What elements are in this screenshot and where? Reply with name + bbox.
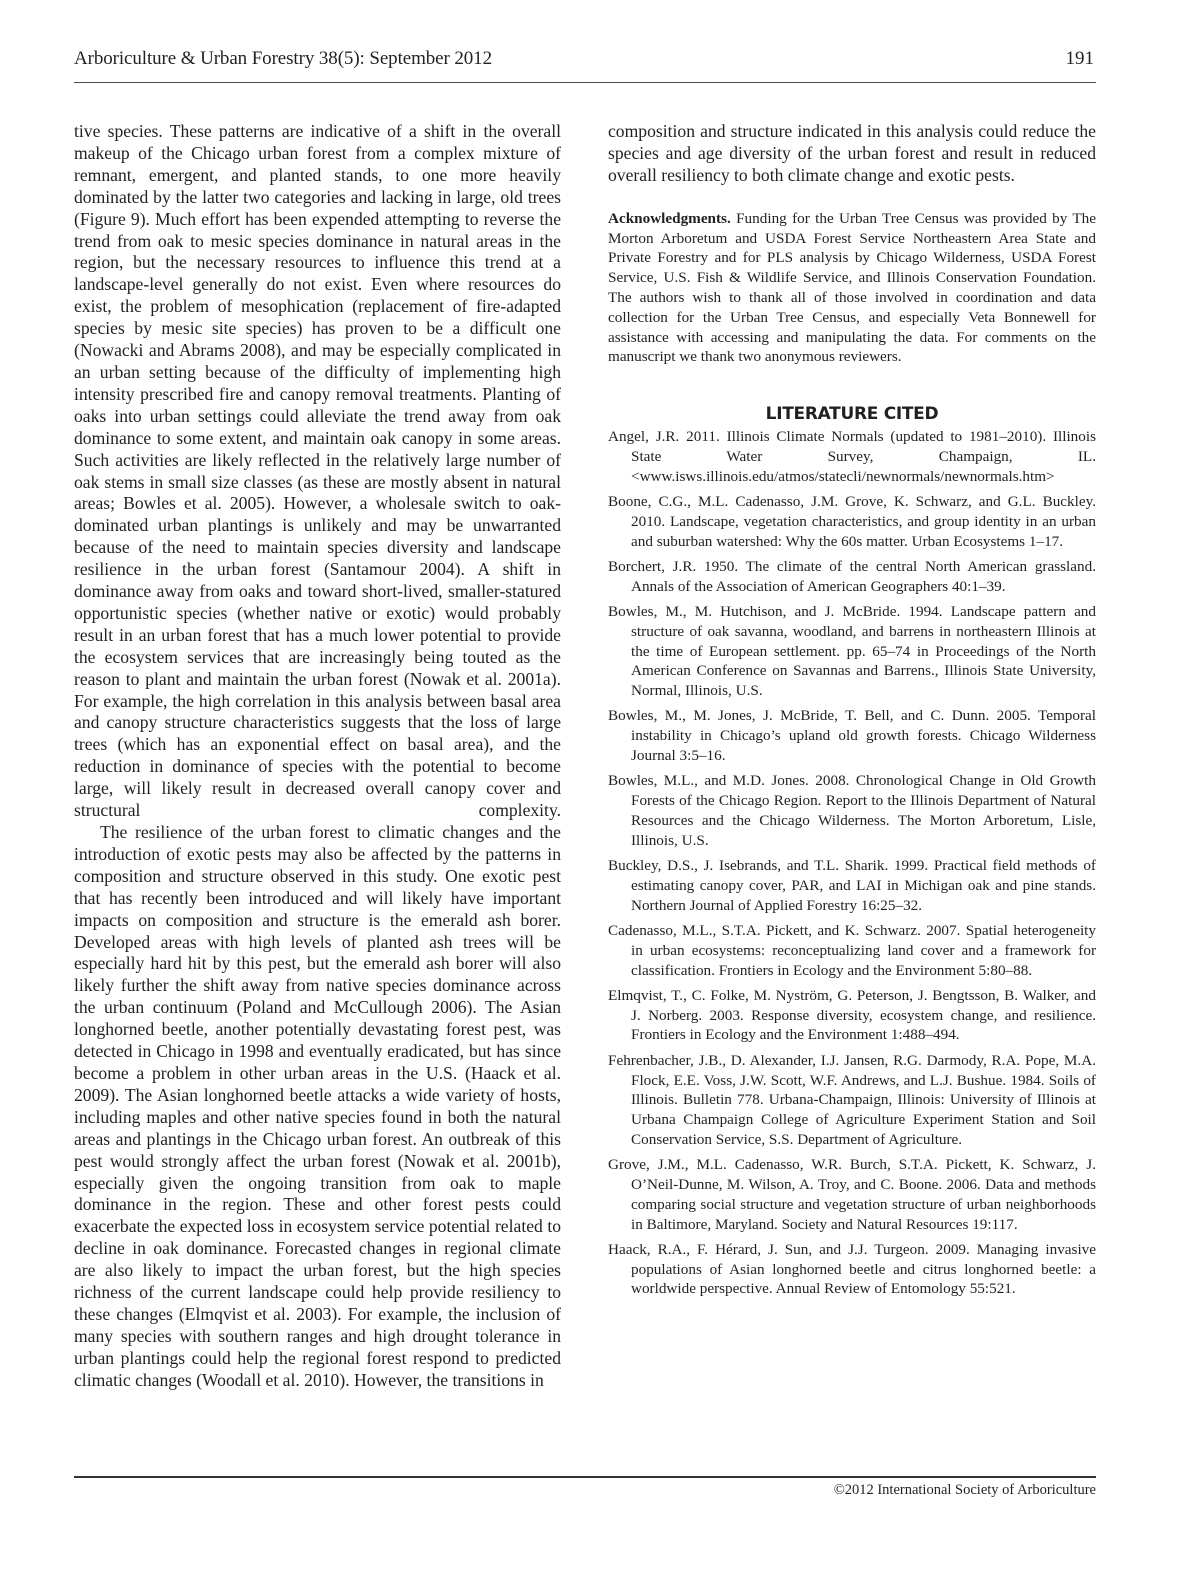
reference-bowles-2008: Bowles, M.L., and M.D. Jones. 2008. Chro…	[608, 771, 1096, 850]
body-paragraph: The resilience of the urban forest to cl…	[74, 822, 561, 1392]
reference-list: Angel, J.R. 2011. Illinois Climate Norma…	[608, 427, 1096, 1299]
body-paragraph-continuation: composition and structure indicated in t…	[608, 121, 1096, 187]
journal-title: Arboriculture & Urban Forestry 38(5): Se…	[74, 46, 492, 72]
acknowledgments-label: Acknowledgments.	[608, 210, 731, 227]
reference-boone-2010: Boone, C.G., M.L. Cadenasso, J.M. Grove,…	[608, 492, 1096, 551]
acknowledgments: Acknowledgments. Funding for the Urban T…	[608, 209, 1096, 367]
header-rule	[74, 82, 1096, 83]
footer-rule	[74, 1476, 1096, 1478]
left-column: tive species. These patterns are indicat…	[74, 121, 561, 1392]
reference-haack-2009: Haack, R.A., F. Hérard, J. Sun, and J.J.…	[608, 1240, 1096, 1299]
reference-buckley-1999: Buckley, D.S., J. Isebrands, and T.L. Sh…	[608, 856, 1096, 915]
copyright-footer: ©2012 International Society of Arboricul…	[834, 1480, 1096, 1500]
body-paragraph: tive species. These patterns are indicat…	[74, 121, 561, 822]
reference-bowles-2005: Bowles, M., M. Jones, J. McBride, T. Bel…	[608, 706, 1096, 765]
reference-angel-2011: Angel, J.R. 2011. Illinois Climate Norma…	[608, 427, 1096, 486]
reference-elmqvist-2003: Elmqvist, T., C. Folke, M. Nyström, G. P…	[608, 986, 1096, 1045]
literature-cited-heading: LITERATURE CITED	[608, 403, 1096, 425]
right-column: composition and structure indicated in t…	[608, 121, 1096, 1305]
running-header: Arboriculture & Urban Forestry 38(5): Se…	[74, 46, 1096, 84]
reference-bowles-1994: Bowles, M., M. Hutchison, and J. McBride…	[608, 602, 1096, 701]
acknowledgments-text: Funding for the Urban Tree Census was pr…	[608, 210, 1096, 366]
reference-fehrenbacher-1984: Fehrenbacher, J.B., D. Alexander, I.J. J…	[608, 1051, 1096, 1150]
reference-borchert-1950: Borchert, J.R. 1950. The climate of the …	[608, 557, 1096, 597]
page-number: 191	[1066, 46, 1095, 72]
reference-grove-2006: Grove, J.M., M.L. Cadenasso, W.R. Burch,…	[608, 1155, 1096, 1234]
reference-cadenasso-2007: Cadenasso, M.L., S.T.A. Pickett, and K. …	[608, 921, 1096, 980]
